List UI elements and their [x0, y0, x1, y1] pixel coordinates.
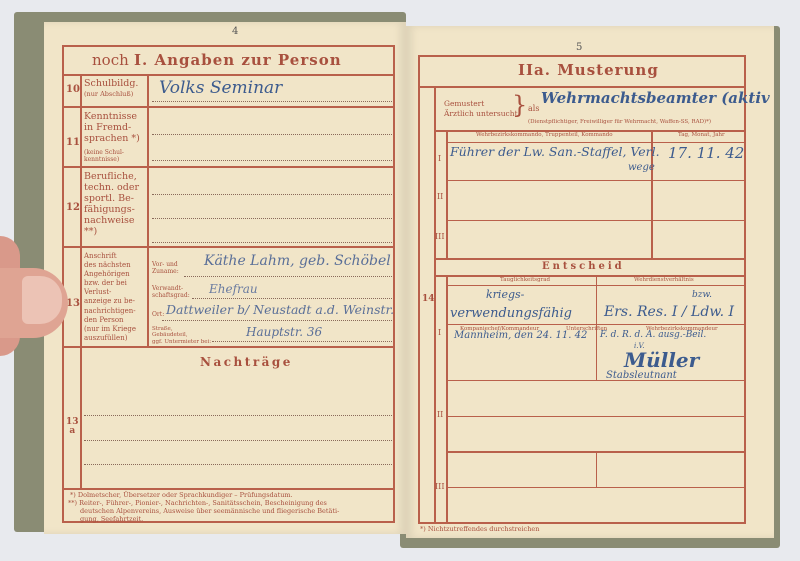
row-number: 12 [66, 202, 80, 214]
aerztlich-label: Ärztlich untersucht [444, 110, 518, 119]
dotted-line [212, 341, 392, 342]
dotted-line [192, 298, 392, 299]
roman-numeral: III [435, 232, 444, 241]
divider [80, 346, 82, 488]
dotted-line [152, 242, 392, 243]
row-number: 10 [66, 84, 80, 96]
place-date-value: Mannheim, den 24. 11. 42 [454, 330, 587, 341]
divider [434, 258, 746, 260]
roman-numeral: I [438, 154, 441, 163]
divider [446, 220, 746, 221]
als-label: als [528, 104, 539, 113]
unit-value-cont: wege [628, 162, 655, 173]
roman-numeral: II [437, 410, 443, 419]
roman-numeral: III [435, 482, 444, 491]
divider [434, 86, 436, 524]
row-label: Berufliche, techn. oder sportl. Be- fähi… [84, 172, 139, 238]
divider [418, 86, 746, 88]
divider [446, 416, 746, 417]
status-note: bzw. [692, 290, 712, 300]
divider [446, 380, 746, 381]
place-value: Dattweiler b/ Neustadt a.d. Weinstr. [166, 302, 394, 317]
dotted-line [84, 440, 392, 441]
section-title: noch I. Angaben zur Person [92, 52, 342, 69]
musterung-als-value: Wehrmachtsbeamter (aktiv [541, 89, 770, 107]
divider [62, 166, 395, 168]
field-label: Straße, Gebäudeteil, ggf. Untermieter be… [152, 326, 211, 345]
row-sublabel: (nur Abschluß) [84, 91, 133, 98]
divider [446, 180, 746, 181]
dotted-line [152, 160, 392, 161]
divider [62, 106, 395, 108]
gemustert-label: Gemustert [444, 100, 484, 109]
dotted-line [162, 320, 392, 321]
row-number: 13 a [66, 418, 79, 436]
divider [434, 275, 746, 277]
right-page: 5 IIa. Musterung Gemustert Ärztlich unte… [406, 26, 774, 538]
fitness-grade-value: kriegs- [486, 288, 524, 301]
sign-note-value: F. d. R. d. A. ausg.-Beil. [600, 330, 706, 340]
field-label: Ort: [152, 312, 164, 319]
service-status-value: Ers. Res. I / Ldw. I [604, 304, 734, 320]
row-number: 13 [66, 298, 80, 310]
dotted-line [152, 101, 392, 102]
column-header: Wehrdienstverhältnis [634, 277, 694, 283]
row-sublabel: (keine Schul- kenntnisse) [84, 150, 124, 164]
thumbnail [22, 276, 62, 324]
left-page: 4 noch I. Angaben zur Person 10 Schulbil… [44, 22, 406, 534]
divider [446, 487, 746, 488]
fitness-grade-value: verwendungsfähig [450, 306, 572, 321]
divider [62, 74, 395, 76]
row-number: 14 [422, 294, 435, 304]
dotted-line [152, 194, 392, 195]
entscheid-title: Entscheid [542, 261, 625, 273]
title-text: I. Angaben zur Person [134, 51, 342, 69]
unit-value: Führer der Lw. San.-Staffel, Verl. [450, 144, 660, 159]
column-header: Tag, Monat, Jahr [678, 132, 725, 138]
divider [446, 285, 746, 286]
dotted-line [84, 415, 392, 416]
divider [62, 488, 395, 490]
divider [80, 74, 82, 346]
divider [62, 346, 395, 348]
footnote: *) Nichtzutreffendes durchstreichen [420, 526, 539, 533]
field-label: Vor- und Zuname: [152, 262, 179, 276]
als-hint: (Dienstpflichtiger, Freiwilliger für Weh… [528, 119, 711, 125]
row-label: Kenntnisse in Fremd- sprachen *) [84, 112, 140, 145]
dotted-line [152, 218, 392, 219]
row-label: Schulbildg. [84, 79, 138, 90]
roman-numeral: I [438, 328, 441, 337]
footnote: gung, Seefahrtzeit. [80, 516, 143, 523]
column-header: Wehrbezirkskommando, Truppenteil, Komman… [476, 132, 613, 138]
divider [446, 142, 746, 143]
divider [147, 74, 149, 346]
date-value: 17. 11. 42 [668, 144, 744, 162]
signature: Müller [624, 348, 699, 372]
page-number: 5 [576, 42, 582, 53]
field-label: Verwandt- schaftsgrad: [152, 286, 190, 300]
relationship-value: Ehefrau [209, 282, 258, 296]
divider [596, 451, 597, 487]
section-title: IIa. Musterung [518, 62, 659, 79]
dotted-line [152, 134, 392, 135]
nachtraege-title: Nachträge [200, 356, 293, 370]
page-number: 4 [232, 26, 238, 37]
relative-name-value: Käthe Lahm, geb. Schöbel [204, 253, 391, 269]
brace: } [512, 92, 527, 120]
roman-numeral: II [437, 192, 443, 201]
street-value: Hauptstr. 36 [246, 325, 322, 339]
divider [62, 246, 395, 248]
row-number: 11 [66, 137, 80, 149]
dotted-line [84, 464, 392, 465]
title-prefix: noch [92, 51, 129, 69]
divider [446, 130, 448, 260]
column-header: Tauglichkeitsgrad [500, 277, 550, 283]
divider [446, 324, 746, 325]
dotted-line [184, 276, 392, 277]
school-education-value: Volks Seminar [159, 78, 282, 98]
row-label: Anschrift des nächsten Angehörigen bzw. … [84, 252, 136, 343]
